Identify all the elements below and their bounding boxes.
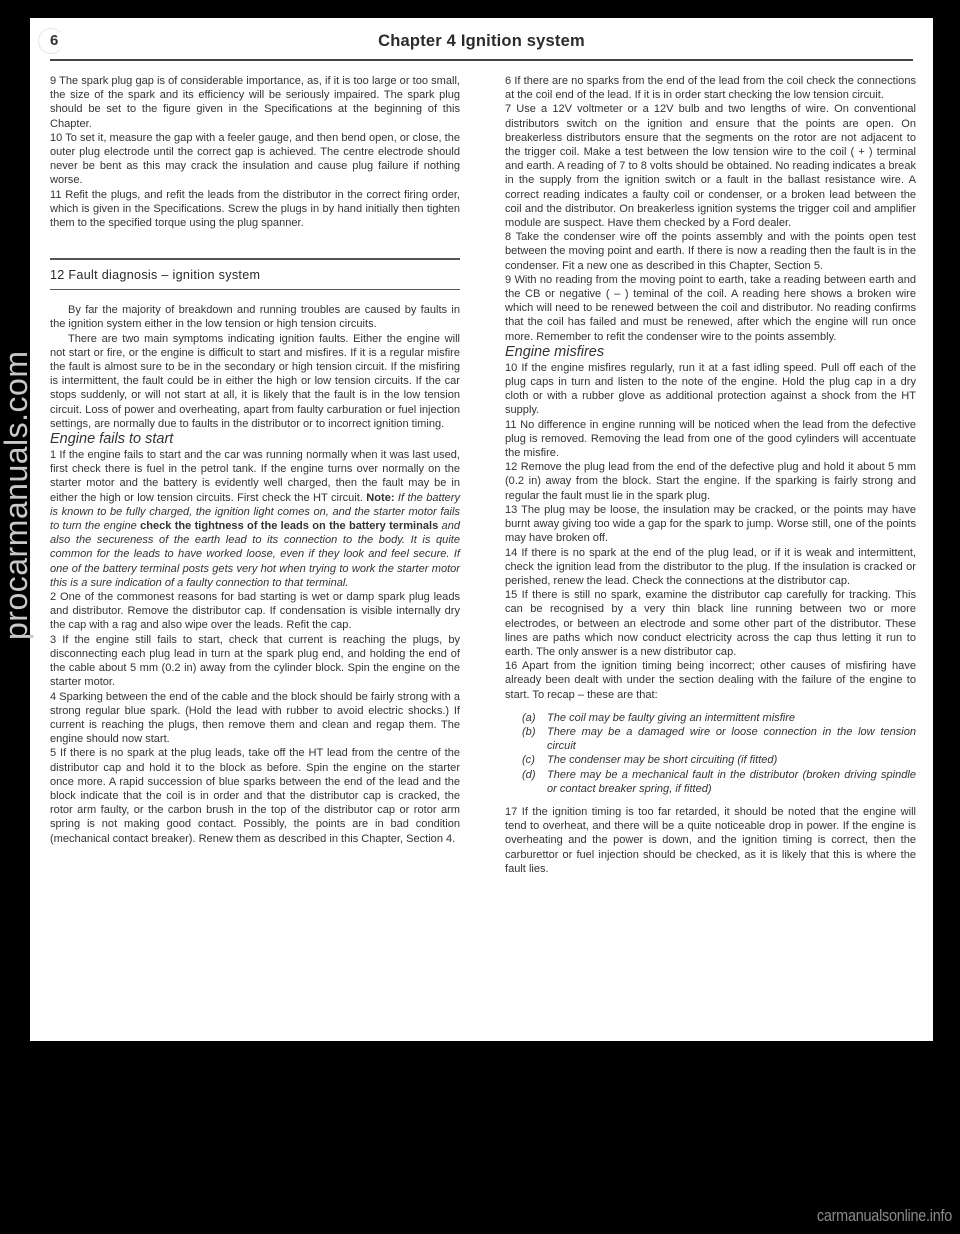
item-17: 17 If the ignition timing is too far ret…	[505, 805, 916, 876]
subheading-engine-fails-to-start: Engine fails to start	[50, 431, 460, 448]
right-column: 6 If there are no sparks from the end of…	[505, 74, 916, 876]
page-header: 6 Chapter 4 Ignition system	[50, 32, 913, 62]
item-6: 6 If there are no sparks from the end of…	[505, 74, 916, 102]
item-12: 12 Remove the plug lead from the end of …	[505, 460, 916, 503]
item-15: 15 If there is still no spark, examine t…	[505, 588, 916, 659]
paragraph: 10 To set it, measure the gap with a fee…	[50, 131, 460, 188]
list-item: (c)The condenser may be short circuiting…	[505, 753, 916, 767]
item-4: 4 Sparking between the end of the cable …	[50, 690, 460, 747]
note-label: Note:	[366, 492, 394, 504]
item-16: 16 Apart from the ignition timing being …	[505, 659, 916, 702]
list-item: (d)There may be a mechanical fault in th…	[505, 768, 916, 796]
item-10: 10 If the engine misfires regularly, run…	[505, 361, 916, 418]
item-1: 1 If the engine fails to start and the c…	[50, 448, 460, 590]
item-7: 7 Use a 12V voltmeter or a 12V bulb and …	[505, 102, 916, 230]
list-item: (b)There may be a damaged wire or loose …	[505, 725, 916, 753]
intro-paragraph: By far the majority of breakdown and run…	[50, 303, 460, 331]
item-9: 9 With no reading from the moving point …	[505, 273, 916, 344]
intro-paragraph: There are two main symptoms indicating i…	[50, 332, 460, 431]
item-5: 5 If there is no spark at the plug leads…	[50, 746, 460, 845]
subheading-engine-misfires: Engine misfires	[505, 344, 916, 361]
item-2: 2 One of the commonest reasons for bad s…	[50, 590, 460, 633]
item-14: 14 If there is no spark at the end of th…	[505, 546, 916, 589]
watermark-bottom: carmanualsonline.info	[817, 1206, 952, 1226]
chapter-title: Chapter 4 Ignition system	[50, 32, 913, 51]
section-rule	[50, 289, 460, 290]
section-rule	[50, 258, 460, 259]
list-item: (a)The coil may be faulty giving an inte…	[505, 711, 916, 725]
item-11: 11 No difference in engine running will …	[505, 418, 916, 461]
paragraph: 9 The spark plug gap is of considerable …	[50, 74, 460, 131]
manual-page: 6 Chapter 4 Ignition system 9 The spark …	[30, 18, 933, 1041]
recap-list: (a)The coil may be faulty giving an inte…	[505, 711, 916, 796]
header-rule	[50, 59, 913, 61]
watermark-left: procarmanuals.com	[0, 351, 35, 641]
paragraph: 11 Refit the plugs, and refit the leads …	[50, 188, 460, 231]
section-title: 12 Fault diagnosis – ignition system	[50, 268, 460, 282]
left-column: 9 The spark plug gap is of considerable …	[50, 74, 460, 846]
item-3: 3 If the engine still fails to start, ch…	[50, 633, 460, 690]
item-8: 8 Take the condenser wire off the points…	[505, 230, 916, 273]
item-13: 13 The plug may be loose, the insulation…	[505, 503, 916, 546]
